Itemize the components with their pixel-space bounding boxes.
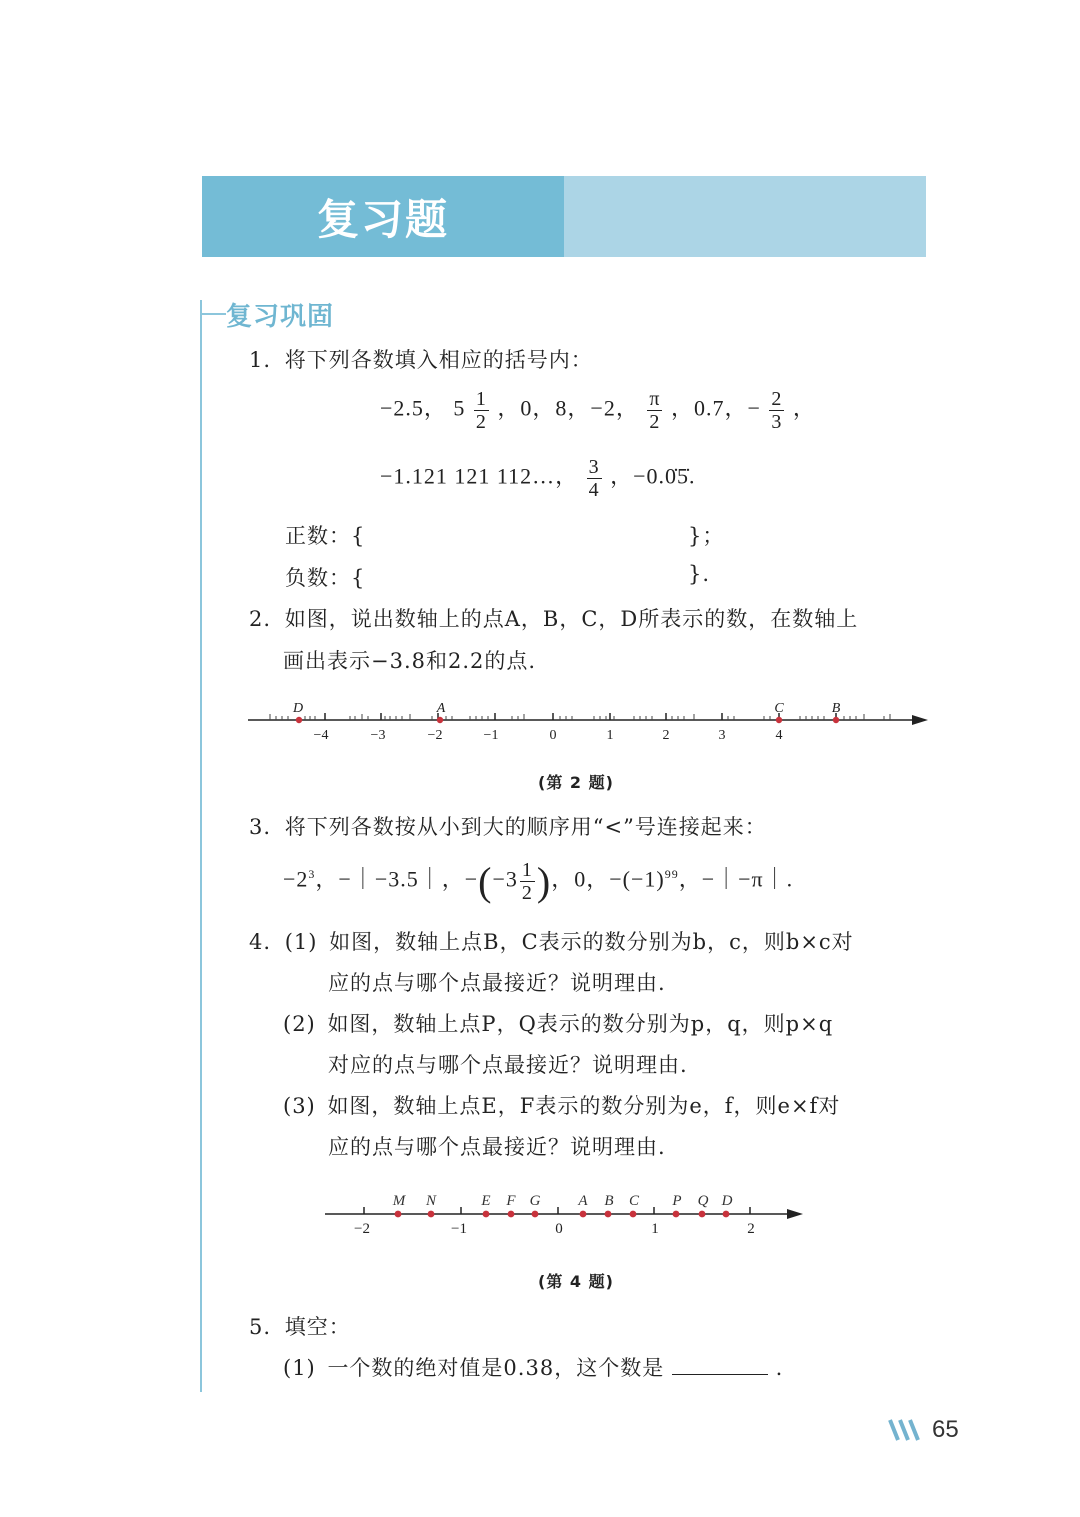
- q5-prompt-text: 填空：: [285, 1315, 351, 1339]
- q1-negative-label: 负数：{: [285, 562, 365, 592]
- expr-part: ，−｜−π｜.: [679, 867, 793, 892]
- q4-part3-line2: 应的点与哪个点最接近？说明理由.: [328, 1131, 666, 1161]
- q1-prompt-text: 将下列各数填入相应的括号内：: [285, 348, 593, 372]
- tick-label: −1: [484, 728, 499, 743]
- part-label: (2): [283, 1012, 316, 1036]
- banner-title-block: 复习题: [202, 176, 564, 257]
- tick-label: 2: [663, 728, 670, 743]
- q1-numbers-row2: −1.121 121 112…， 34 ，−0.0̇5̇.: [380, 456, 696, 501]
- q1-num: ，: [793, 396, 816, 421]
- fraction: 34: [587, 456, 602, 501]
- expr-part: −3: [492, 867, 517, 892]
- fraction: 12: [474, 388, 489, 433]
- fraction: 23: [769, 388, 784, 433]
- q1-num: −1.121 121 112…，: [380, 464, 578, 489]
- tick-label: −4: [314, 728, 329, 743]
- fraction-denominator: 3: [771, 411, 782, 433]
- fraction-numerator: 2: [769, 388, 784, 411]
- q4-part2-line1: (2) 如图，数轴上点P，Q表示的数分别为p，q，则p×q: [283, 1008, 833, 1038]
- q1-num: ，0.7，−: [671, 396, 761, 421]
- point-label: P: [671, 1193, 681, 1209]
- q1-num: ，0，8，−2，: [497, 396, 638, 421]
- q2-text: 如图，说出数轴上的点A，B，C，D所表示的数，在数轴上: [285, 607, 859, 631]
- part-label: (1): [283, 1356, 316, 1380]
- part-text: 如图，数轴上点B，C表示的数分别为b，c，则b×c对: [329, 930, 854, 954]
- tick-label: 0: [550, 728, 557, 743]
- q2-line1: 2. 如图，说出数轴上的点A，B，C，D所表示的数，在数轴上: [249, 603, 858, 633]
- point-label: A: [577, 1193, 588, 1209]
- expr-part: ，0，−(−1): [551, 867, 664, 892]
- q1-number: 1.: [249, 348, 271, 372]
- q3-expression: −23，−｜−3.5｜，−(−312)，0，−(−1)99，−｜−π｜.: [283, 858, 793, 905]
- q4-number: 4.: [249, 930, 271, 954]
- fraction-denominator: 2: [522, 882, 533, 904]
- answer-blank[interactable]: [672, 1356, 768, 1375]
- q5-part1: (1) 一个数的绝对值是0.38，这个数是 .: [283, 1352, 783, 1382]
- q3-prompt-text: 将下列各数按从小到大的顺序用“<”号连接起来：: [285, 815, 767, 839]
- point-label: D: [292, 701, 303, 716]
- fraction-numerator: 1: [520, 859, 535, 882]
- point-label: B: [604, 1193, 613, 1209]
- q4-part1-line1: 4. (1) 如图，数轴上点B，C表示的数分别为b，c，则b×c对: [249, 926, 854, 956]
- q4-part1-line2: 应的点与哪个点最接近？说明理由.: [328, 967, 666, 997]
- q2-line2: 画出表示−3.8和2.2的点.: [283, 645, 536, 675]
- page-number: 65: [886, 1416, 959, 1444]
- q3-prompt: 3. 将下列各数按从小到大的顺序用“<”号连接起来：: [249, 811, 767, 841]
- q4-part2-line2: 对应的点与哪个点最接近？说明理由.: [328, 1049, 688, 1079]
- fraction-numerator: 1: [474, 388, 489, 411]
- point-label: M: [392, 1193, 407, 1209]
- point-label: C: [774, 701, 784, 716]
- q1-num: 5: [453, 396, 465, 421]
- point-label: C: [629, 1193, 640, 1209]
- tick-label: 1: [607, 728, 614, 743]
- tick-label: 2: [747, 1221, 755, 1237]
- chapter-banner: 复习题: [202, 176, 926, 257]
- fraction-numerator: 3: [587, 456, 602, 479]
- fraction-denominator: 2: [476, 411, 487, 433]
- point-label: E: [480, 1193, 490, 1209]
- fraction: 12: [520, 859, 535, 904]
- part-end: .: [776, 1356, 784, 1380]
- q5-prompt: 5. 填空：: [249, 1311, 351, 1341]
- right-paren: ): [537, 859, 551, 904]
- fraction: π2: [647, 388, 662, 433]
- expr-part: −2: [283, 867, 308, 892]
- q4-number-line: −2 −1 0 1 2 M N E F G A B C P Q D: [320, 1185, 810, 1240]
- q1-num: −2.5，: [380, 396, 447, 421]
- tick-label: −3: [371, 728, 386, 743]
- fraction-denominator: 4: [589, 479, 600, 501]
- q2-number-line: −4 −3 −2 −1 0 1 2 3 4 D A C B: [240, 695, 940, 750]
- point-label: A: [436, 701, 446, 716]
- part-text: 如图，数轴上点P，Q表示的数分别为p，q，则p×q: [327, 1012, 833, 1036]
- q1-prompt: 1. 将下列各数填入相应的括号内：: [249, 344, 593, 374]
- part-text: 如图，数轴上点E，F表示的数分别为e，f，则e×f对: [327, 1094, 840, 1118]
- exponent: 99: [665, 867, 679, 881]
- point-label: F: [505, 1193, 516, 1209]
- tick-label: 1: [651, 1221, 659, 1237]
- q2-caption: (第 2 题): [538, 770, 614, 793]
- tick-label: −1: [451, 1221, 467, 1237]
- part-label: (3): [283, 1094, 316, 1118]
- tick-label: −2: [428, 728, 443, 743]
- fraction-denominator: 2: [649, 411, 660, 433]
- tick-label: 3: [719, 728, 726, 743]
- point-label: Q: [698, 1193, 709, 1209]
- banner-title: 复习题: [317, 187, 449, 247]
- part-text: 一个数的绝对值是0.38，这个数是: [327, 1356, 664, 1380]
- part-label: (1): [285, 930, 318, 954]
- tick-label: 4: [776, 728, 783, 743]
- q1-numbers-row1: −2.5， 5 12 ，0，8，−2， π2 ，0.7，− 23 ，: [380, 388, 816, 433]
- point-label: B: [832, 701, 841, 716]
- q2-number: 2.: [249, 607, 271, 631]
- section-side-rule: [200, 300, 202, 1392]
- expr-part: ，−｜−3.5｜，−: [315, 867, 478, 892]
- q1-positive-label: 正数：{: [285, 520, 365, 550]
- q3-number: 3.: [249, 815, 271, 839]
- section-tick: [200, 313, 226, 315]
- point-label: N: [425, 1193, 437, 1209]
- tick-label: 0: [555, 1221, 563, 1237]
- q5-number: 5.: [249, 1315, 271, 1339]
- left-paren: (: [478, 859, 492, 904]
- q1-positive-close: }；: [688, 520, 724, 550]
- q1-negative-close: }.: [688, 562, 710, 586]
- q4-caption: (第 4 题): [538, 1269, 614, 1292]
- q4-part3-line1: (3) 如图，数轴上点E，F表示的数分别为e，f，则e×f对: [283, 1090, 840, 1120]
- page-stripes-icon: [886, 1418, 928, 1442]
- page-number-text: 65: [932, 1416, 959, 1444]
- tick-label: −2: [354, 1221, 370, 1237]
- fraction-numerator: π: [647, 388, 662, 411]
- section-title: 复习巩固: [226, 296, 334, 333]
- point-label: G: [530, 1193, 541, 1209]
- q1-num: ，−0.0̇5̇.: [610, 464, 695, 489]
- point-label: D: [721, 1193, 733, 1209]
